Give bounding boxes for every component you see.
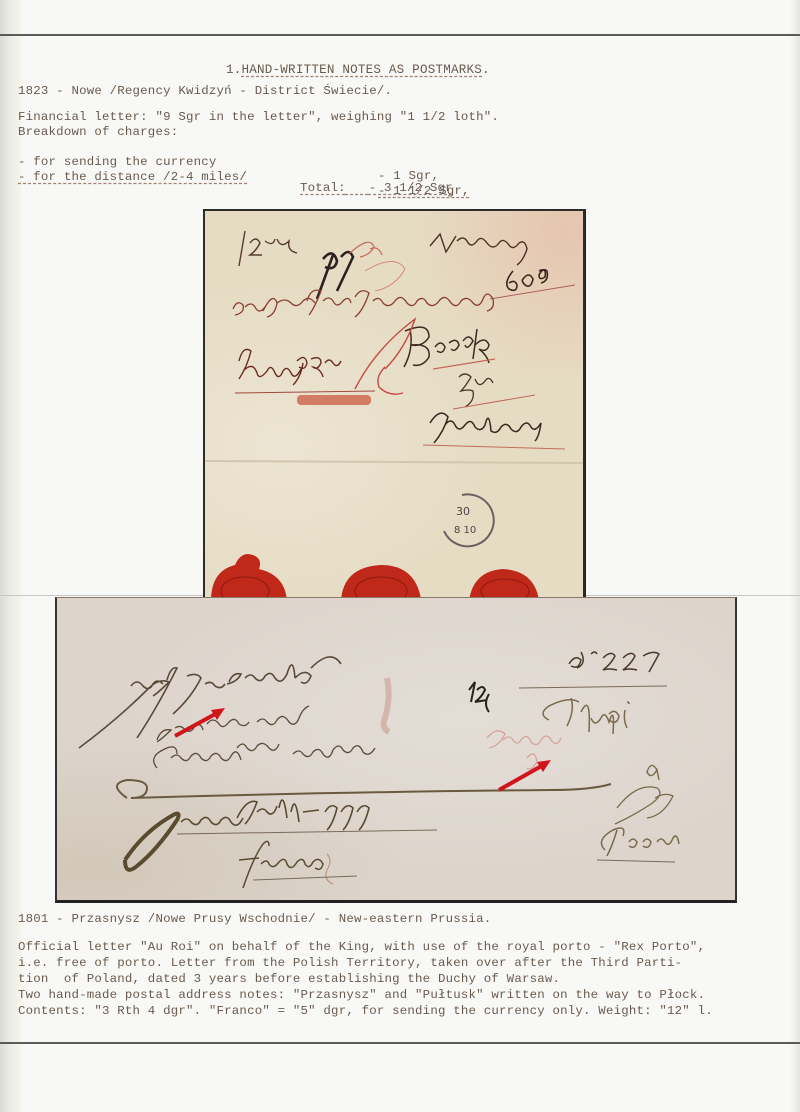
cover-1823-handwriting: 30 8 10	[205, 211, 583, 601]
item2-paragraph-line: i.e. free of porto. Letter from the Poli…	[18, 956, 682, 970]
red-crayon-mark	[297, 395, 371, 405]
fold-line	[205, 461, 583, 463]
svg-text:30: 30	[456, 505, 470, 518]
bottom-border-rule	[0, 1042, 800, 1044]
section-title: HAND-WRITTEN NOTES AS POSTMARKS	[242, 63, 482, 77]
postmark-30-10: 30 8 10	[444, 494, 494, 546]
total-spacer	[346, 181, 369, 195]
svg-text:8 10: 8 10	[454, 525, 476, 536]
charges-total: Total: - 3 1/2 Sgr	[300, 181, 453, 195]
item2-paragraph-line: tion of Poland, dated 3 years before est…	[18, 972, 560, 986]
scan-right-edge-shade	[790, 0, 800, 1112]
section-number: 1.	[226, 63, 242, 77]
item1-description: Financial letter: "9 Sgr in the letter",…	[18, 110, 499, 124]
item1-breakdown-label: Breakdown of charges:	[18, 125, 178, 139]
section-heading: 1.HAND-WRITTEN NOTES AS POSTMARKS.	[226, 63, 490, 77]
item2-paragraph-line: Two hand-made postal address notes: "Prz…	[18, 988, 705, 1002]
red-arrow-icon	[499, 760, 551, 790]
charge-label: - for the distance /2-4 miles/	[18, 170, 247, 184]
item2-origin-line: 1801 - Przasnysz /Nowe Prusy Wschodnie/ …	[18, 912, 491, 926]
cover-image-1823: 30 8 10	[203, 209, 585, 601]
charge-label: - for sending the currency	[18, 155, 217, 169]
wax-seal	[341, 565, 421, 601]
section-title-terminator: .	[482, 63, 490, 77]
top-border-rule	[0, 34, 800, 36]
total-label: Total:	[300, 181, 346, 195]
total-amount: - 3 1/2 Sgr	[369, 181, 453, 195]
charge-row: - for the distance /2-4 miles/ - 1 1/2 S…	[18, 156, 33, 198]
item2-paragraph-line: Contents: "3 Rth 4 dgr". "Franco" = "5" …	[18, 1004, 713, 1018]
item1-origin-line: 1823 - Nowe /Regency Kwidzyń - District …	[18, 84, 392, 98]
wax-seal	[211, 554, 287, 601]
cover-image-1801	[55, 597, 737, 903]
item2-paragraph-line: Official letter "Au Roi" on behalf of th…	[18, 940, 705, 954]
cover-1801-handwriting	[57, 598, 735, 900]
